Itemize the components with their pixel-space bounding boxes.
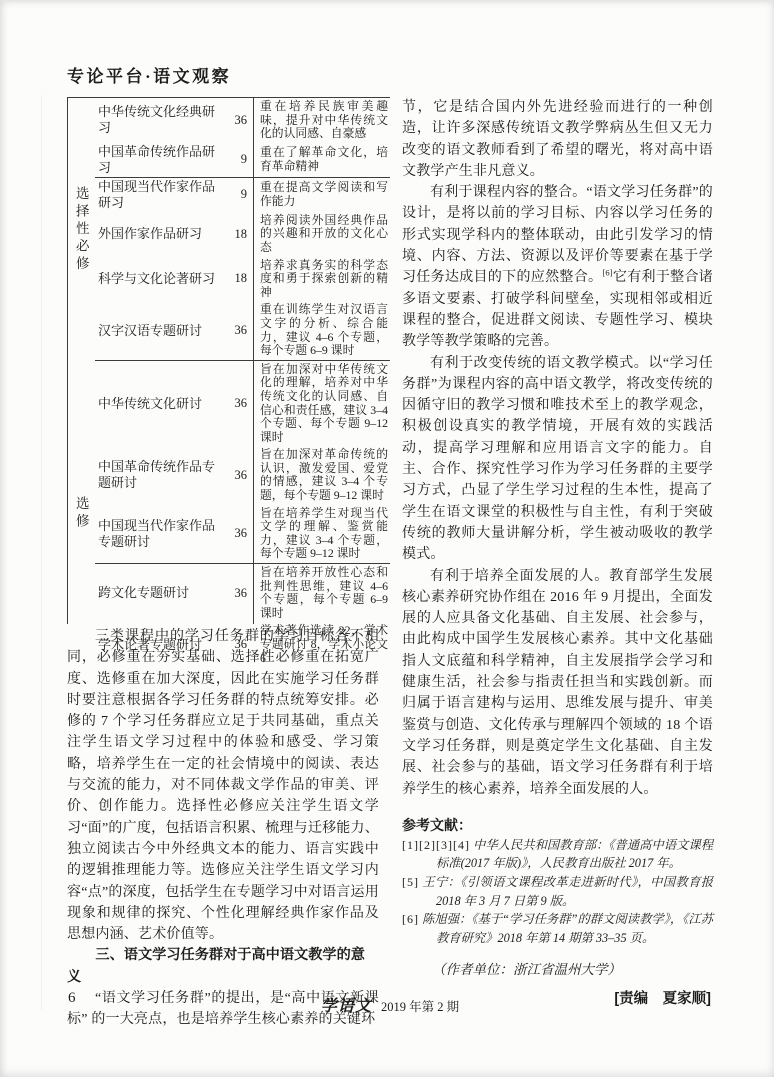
course-desc-cell: 重在提高文学阅读和写作能力	[253, 178, 390, 212]
course-hours-cell: 18	[231, 257, 253, 302]
left-text-column: 三类课程中的学习任务群的学习目标各不相同，必修重在夯实基础、选择性必修重在拓宽广…	[67, 626, 379, 1031]
body-paragraph: 有利于课程内容的整合。“语文学习任务群”的设计，是将以前的学习目标、内容以学习任…	[402, 182, 713, 352]
reference-label: [1][2][3][4]	[402, 838, 470, 852]
table-column-divider	[253, 98, 254, 624]
journal-footer: 学语文 2019 年第 2 期	[67, 993, 713, 1016]
course-desc-cell: 重在培养民族审美趣味，提升对中华传统文化的认同感、自豪感	[253, 98, 390, 143]
right-text-column: 节，它是结合国内外先进经验而进行的一种创造，让许多深感传统语文教学弊病丛生但又无…	[402, 97, 713, 1009]
course-hours-cell: 9	[231, 143, 253, 178]
course-name-cell: 汉字汉语专题研讨	[95, 301, 231, 360]
section-label: 选修	[74, 496, 88, 531]
section-banner: 专论平台·语文观察	[67, 62, 231, 87]
table-section: 选择性必修中华传统文化经典研习36重在培养民族审美趣味，提升对中华传统文化的认同…	[67, 98, 390, 361]
reference-item: [5] 王宁：《引领语文课程改革走进新时代》，中国教育报 2018 年 3 月 …	[402, 873, 713, 910]
right-paragraphs: 节，它是结合国内外先进经验而进行的一种创造，让许多深感传统语文教学弊病丛生但又无…	[402, 97, 713, 800]
reference-label: [5]	[402, 875, 419, 889]
course-hours-cell: 9	[231, 178, 253, 212]
course-name-cell: 中国革命传统作品研习	[95, 143, 231, 178]
course-hours-cell: 36	[231, 564, 253, 622]
reference-label: [6]	[402, 912, 419, 926]
course-hours-cell: 36	[231, 505, 253, 564]
table-section: 选修中华传统文化研讨36旨在加深对中华传统文化的理解，培养对中华传统文化的认同感…	[67, 361, 390, 667]
journal-issue: 2019 年第 2 期	[381, 1000, 459, 1014]
course-hours-cell: 36	[231, 446, 253, 504]
course-name-cell: 中国革命传统作品专题研讨	[95, 446, 231, 504]
section-label-cell: 选择性必修	[67, 98, 95, 361]
course-name-cell: 中华传统文化研讨	[95, 361, 231, 447]
course-table: 选择性必修中华传统文化经典研习36重在培养民族审美趣味，提升对中华传统文化的认同…	[67, 97, 390, 624]
course-hours-cell: 36	[231, 361, 253, 447]
reference-item: [1][2][3][4] 中华人民共和国教育部：《普通高中语文课程标准(2017…	[402, 836, 713, 873]
course-name-cell: 中国现当代作家作品专题研讨	[95, 505, 231, 564]
course-name-cell: 跨文化专题研讨	[95, 564, 231, 622]
course-desc-cell: 培养求真务实的科学态度和勇于探索创新的精神	[253, 257, 390, 302]
reference-item: [6] 陈旭强：《基于“学习任务群”的群文阅读教学》，《江苏教育研究》2018 …	[402, 910, 713, 947]
course-hours-cell: 36	[231, 301, 253, 360]
course-desc-cell: 培养阅读外国经典作品的兴趣和开放的文化心态	[253, 212, 390, 257]
section-heading: 三、语文学习任务群对于高中语文教学的意义	[67, 945, 379, 988]
table-body: 选择性必修中华传统文化经典研习36重在培养民族审美趣味，提升对中华传统文化的认同…	[67, 98, 390, 667]
course-name-cell: 中国现当代作家作品研习	[95, 178, 231, 212]
course-desc-cell: 旨在加深对革命传统的认识，激发爱国、爱党的情感，建议 3–4 个专题，每个专题 …	[253, 446, 390, 504]
table-left-border	[67, 98, 68, 624]
course-desc-cell: 重在训练学生对汉语言文字的分析、综合能力，建议 4–6 个专题，每个专题 6–9…	[253, 301, 390, 360]
course-hours-cell: 18	[231, 212, 253, 257]
scan-edge-line	[41, 95, 42, 1010]
references-list: [1][2][3][4] 中华人民共和国教育部：《普通高中语文课程标准(2017…	[402, 836, 713, 948]
course-desc-cell: 重在了解革命文化，培育革命精神	[253, 143, 390, 178]
section-label-cell: 选修	[67, 361, 95, 667]
footnote-marker: [6]	[602, 268, 613, 278]
course-desc-cell: 旨在培养学生对现当代文学的理解、鉴赏能力，建议 3–4 个专题，每个专题 9–1…	[253, 505, 390, 564]
body-paragraph: 三类课程中的学习任务群的学习目标各不相同，必修重在夯实基础、选择性必修重在拓宽广…	[67, 626, 379, 945]
body-paragraph: 有利于培养全面发展的人。教育部学生发展核心素养研究协作组在 2016 年 9 月…	[402, 566, 713, 800]
author-affiliation-note: （作者单位：浙江省温州大学）	[402, 960, 713, 980]
journal-name: 学语文	[321, 998, 372, 1015]
course-name-cell: 中华传统文化经典研习	[95, 98, 231, 143]
course-desc-cell: 旨在培养开放性心态和批判性思维，建议 4–6 个专题，每个专题 6–9 课时	[253, 564, 390, 622]
course-desc-cell: 旨在加深对中华传统文化的理解，培养对中华传统文化的认同感、自信心和责任感，建议 …	[253, 361, 390, 447]
section-label: 选择性必修	[74, 186, 88, 274]
body-paragraph: 有利于改变传统的语文教学模式。以“学习任务群”为课程内容的高中语文教学，将改变传…	[402, 353, 713, 566]
scanned-journal-page: { "page": { "header": "专论平台·语文观察", "foot…	[0, 0, 774, 1077]
course-hours-cell: 36	[231, 98, 253, 143]
course-name-cell: 科学与文化论著研习	[95, 257, 231, 302]
scan-edge-line	[0, 0, 774, 2]
course-name-cell: 外国作家作品研习	[95, 212, 231, 257]
body-paragraph: 节，它是结合国内外先进经验而进行的一种创造，让许多深感传统语文教学弊病丛生但又无…	[402, 97, 713, 182]
references-heading: 参考文献：	[402, 814, 713, 836]
